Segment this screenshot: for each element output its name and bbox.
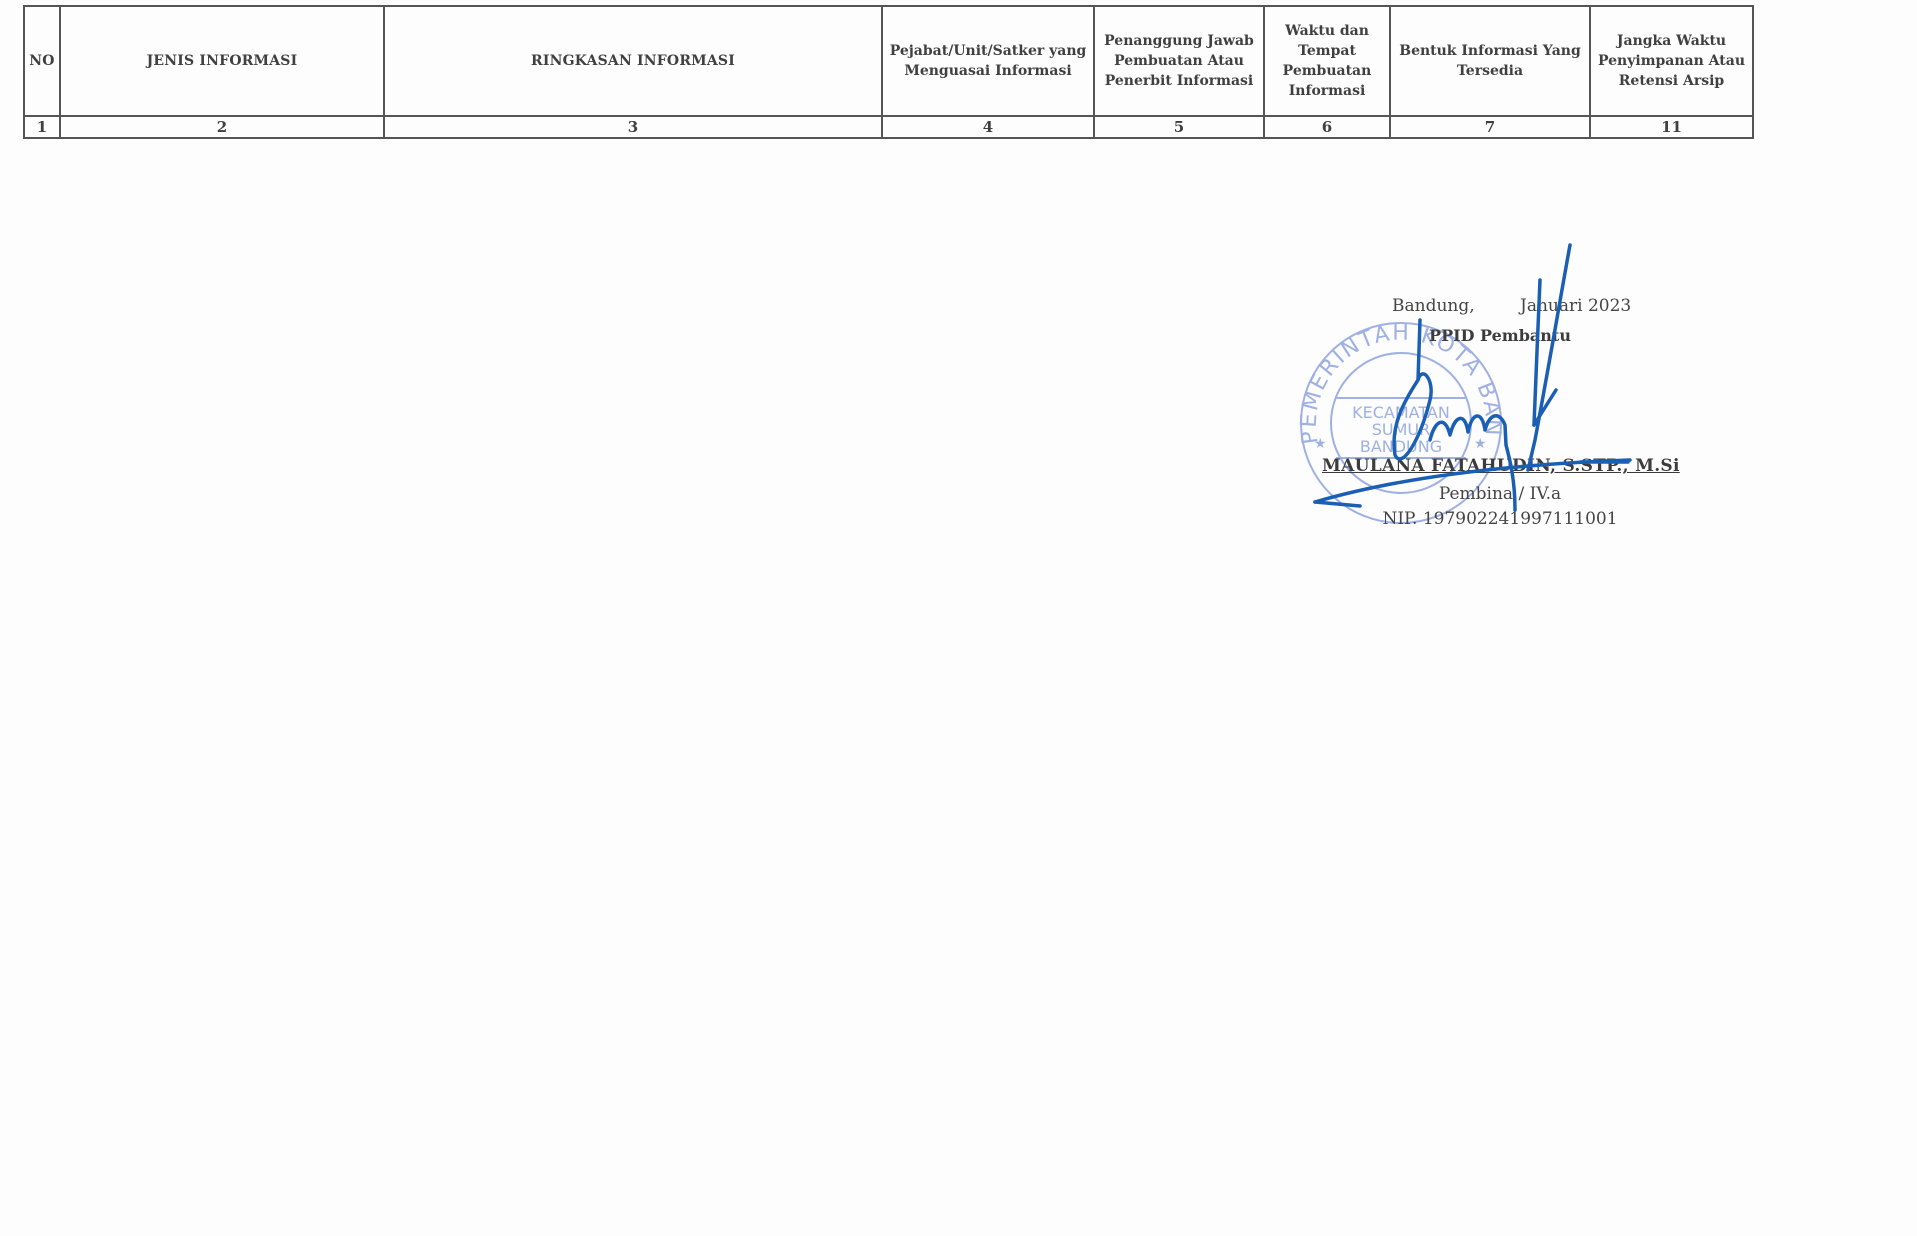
column-number: 7 (1390, 116, 1590, 138)
header-bentuk-informasi: Bentuk Informasi Yang Tersedia (1390, 6, 1590, 116)
column-number: 1 (24, 116, 60, 138)
svg-text:★: ★ (1314, 436, 1327, 452)
column-number: 11 (1590, 116, 1753, 138)
column-number: 4 (882, 116, 1094, 138)
svg-text:★: ★ (1474, 436, 1487, 452)
column-number: 3 (384, 116, 882, 138)
stamp-line: KECAMATAN (1352, 403, 1450, 422)
column-number: 6 (1264, 116, 1390, 138)
signatory-nip: NIP. 197902241997111001 (1300, 509, 1700, 529)
header-no: NO (24, 6, 60, 116)
signatory-name: MAULANA FATAHUDIN, S.STP., M.Si (1322, 456, 1680, 476)
header-waktu-tempat: Waktu dan Tempat Pembuatan Informasi (1264, 6, 1390, 116)
handwritten-signature-icon (1310, 240, 1640, 520)
header-row: NO JENIS INFORMASI RINGKASAN INFORMASI P… (24, 6, 1753, 116)
header-jenis-informasi: JENIS INFORMASI (60, 6, 384, 116)
information-table: NO JENIS INFORMASI RINGKASAN INFORMASI P… (23, 5, 1754, 139)
stamp-line: BANDUNG (1360, 437, 1442, 456)
signature-role: PPID Pembantu (1300, 326, 1700, 345)
header-penanggung-jawab: Penanggung Jawab Pembuatan Atau Penerbit… (1094, 6, 1264, 116)
signatory-rank: Pembina / IV.a (1300, 484, 1700, 504)
stamp-line: SUMUR (1372, 420, 1431, 439)
column-number: 5 (1094, 116, 1264, 138)
column-number-row: 1 2 3 4 5 6 7 11 (24, 116, 1753, 138)
header-pejabat: Pejabat/Unit/Satker yang Menguasai Infor… (882, 6, 1094, 116)
signature-date: Januari 2023 (1520, 296, 1631, 316)
signature-city: Bandung, (1392, 296, 1475, 316)
column-number: 2 (60, 116, 384, 138)
header-ringkasan-informasi: RINGKASAN INFORMASI (384, 6, 882, 116)
header-jangka-waktu: Jangka Waktu Penyimpanan Atau Retensi Ar… (1590, 6, 1753, 116)
